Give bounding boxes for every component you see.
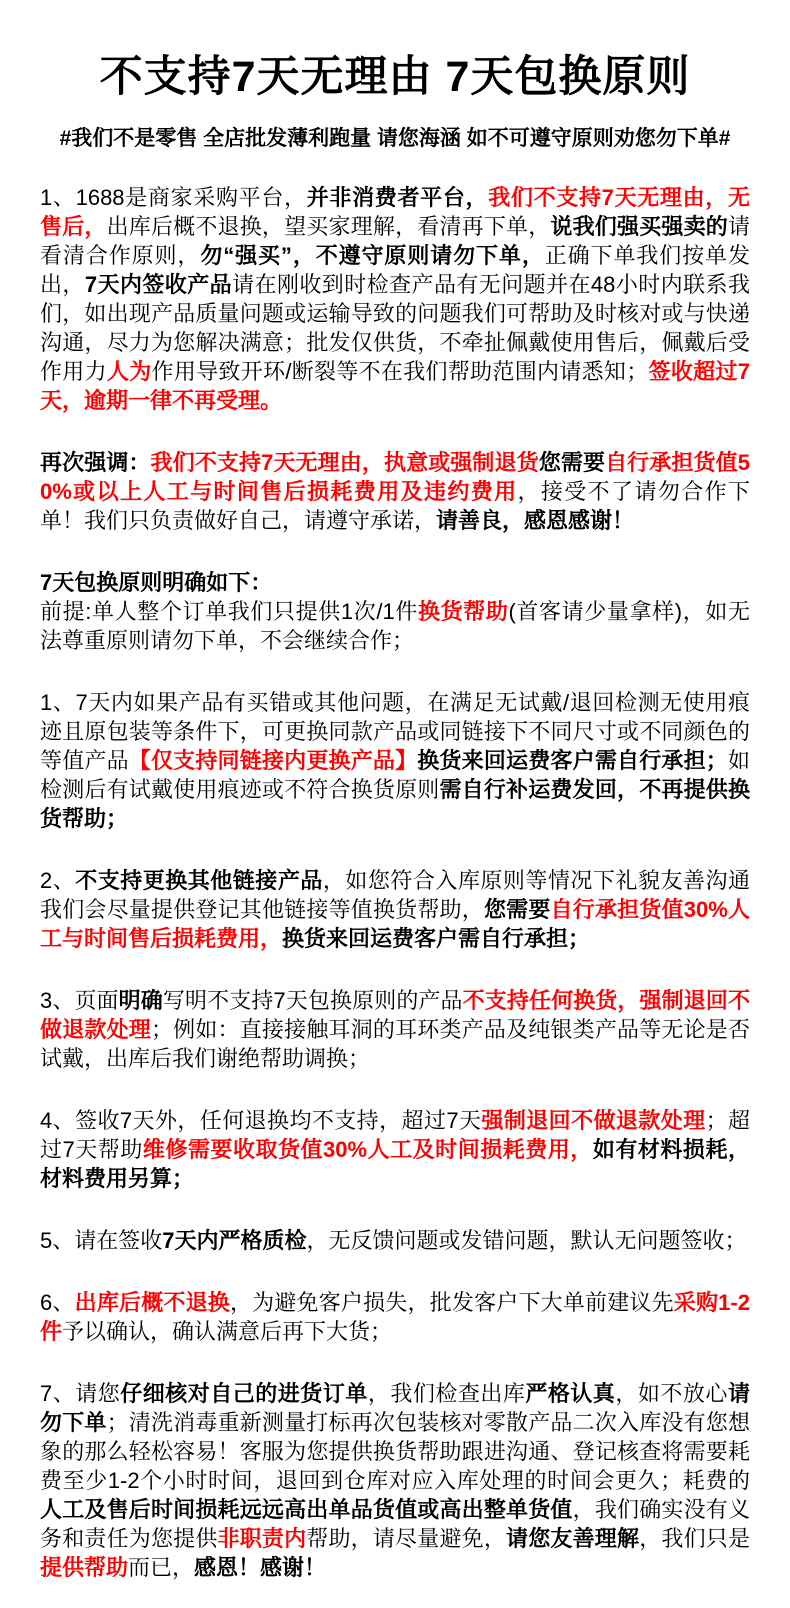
text-run: 帮助，请尽量避免， (306, 1526, 506, 1551)
text-run: 不支持更换其他链接产品 (75, 868, 323, 893)
text-run: 7天内签收产品 (85, 272, 232, 297)
paragraph-rule-3: 3、页面明确写明不支持7天包换原则的产品不支持任何换货，强制退回不做退款处理；例… (40, 986, 750, 1073)
text-run: 作用导致开环/断裂等不在我们帮助范围内请悉知； (152, 359, 649, 384)
text-run: 5、请在签收 (40, 1228, 162, 1253)
text-run: 人工及售后时间损耗远远高出单品货值或高出整单货值 (40, 1497, 573, 1522)
policy-body: 1、1688是商家采购平台，并非消费者平台，我们不支持7天无理由，无售后，出库后… (40, 183, 750, 1582)
text-run: 前提:单人整个订单我们只提供1次/1件 (40, 599, 418, 624)
paragraph-platform-policy: 1、1688是商家采购平台，并非消费者平台，我们不支持7天无理由，无售后，出库后… (40, 183, 750, 415)
text-run: 2、 (40, 868, 75, 893)
text-run: 写明不支持7天包换原则的产品 (163, 988, 463, 1013)
text-run: 出库后概不退换 (75, 1290, 230, 1315)
text-run: ，我们检查出库 (368, 1381, 526, 1406)
text-run: 请您友善理解 (506, 1526, 639, 1551)
text-run: 7天包换原则明确如下： (40, 570, 272, 595)
text-run: 感恩！感谢！ (194, 1555, 326, 1580)
text-run: 我们不支持7天无理由，执意或强制退货 (151, 450, 539, 475)
text-run: 7、请您 (40, 1381, 120, 1406)
text-run: 6、 (40, 1290, 75, 1315)
text-run: 非职责内 (218, 1526, 307, 1551)
text-run: 人为 (107, 359, 152, 384)
text-run: 换货帮助 (418, 599, 509, 624)
text-run: ，无反馈问题或发错问题，默认无问题签收； (307, 1228, 747, 1253)
text-run: 并非消费者平台， (307, 185, 488, 210)
text-run: 7天内严格质检 (162, 1228, 306, 1253)
policy-notice-page: 不支持7天无理由 7天包换原则 #我们不是零售 全店批发薄利跑量 请您海涵 如不… (0, 0, 790, 1608)
page-title: 不支持7天无理由 7天包换原则 (40, 52, 750, 102)
text-run: 勿“强买”，不遵守原则请勿下单， (200, 243, 544, 268)
text-run: ，如不放心 (615, 1381, 728, 1406)
text-run: 而已， (128, 1555, 194, 1580)
paragraph-rule-5: 5、请在签收7天内严格质检，无反馈问题或发错问题，默认无问题签收； (40, 1226, 750, 1255)
text-run: 严格认真 (525, 1381, 615, 1406)
text-run: 请善良，感恩感谢！ (436, 508, 634, 533)
text-run: 您需要 (539, 450, 605, 475)
text-run: 您需要 (484, 897, 551, 922)
text-run: 1、1688是商家采购平台， (40, 185, 307, 210)
text-run: 换货来回运费客户需自行承担； (282, 926, 590, 951)
paragraph-rule-7: 7、请您仔细核对自己的进货订单，我们检查出库严格认真，如不放心请勿下单；清洗消毒… (40, 1379, 750, 1582)
text-run: 予以确认，确认满意后再下大货； (62, 1319, 392, 1344)
text-run: 提供帮助 (40, 1555, 128, 1580)
paragraph-exchange-principle-header: 7天包换原则明确如下：前提:单人整个订单我们只提供1次/1件换货帮助(首客请少量… (40, 568, 750, 655)
text-run: 强制退回不做退款处理 (481, 1108, 705, 1133)
text-run: ；清洗消毒重新测量打标再次包装核对零散产品二次入库没有您想象的那么轻松容易！客服… (40, 1410, 750, 1493)
text-run: ，为避免客户损失，批发客户下大单前建议先 (230, 1290, 674, 1315)
text-run: 维修需要收取货值30%人工及时间损耗费用， (143, 1137, 593, 1162)
paragraph-re-emphasis: 再次强调：我们不支持7天无理由，执意或强制退货您需要自行承担货值50%或以上人工… (40, 448, 750, 535)
text-run: 说我们强买强卖的 (550, 214, 728, 239)
text-run: 3、页面 (40, 988, 119, 1013)
text-run: 【仅支持同链接内更换产品】 (129, 748, 418, 773)
text-run: 换货来回运费客户需自行承担； (417, 748, 728, 773)
text-run: ，我们只是 (639, 1526, 750, 1551)
text-run: 再次强调： (40, 450, 151, 475)
paragraph-rule-1: 1、7天内如果产品有买错或其他问题，在满足无试戴/退回检测无使用痕迹且原包装等条… (40, 688, 750, 833)
paragraph-rule-2: 2、不支持更换其他链接产品，如您符合入库原则等情况下礼貌友善沟通我们会尽量提供登… (40, 866, 750, 953)
paragraph-rule-6: 6、出库后概不退换，为避免客户损失，批发客户下大单前建议先采购1-2件予以确认，… (40, 1288, 750, 1346)
text-run: 明确 (119, 988, 163, 1013)
text-run: 仔细核对自己的进货订单 (120, 1381, 368, 1406)
page-subtitle: #我们不是零售 全店批发薄利跑量 请您海涵 如不可遵守原则劝您勿下单# (40, 126, 750, 151)
text-run: 4、签收7天外，任何退换均不支持，超过7天 (40, 1108, 481, 1133)
text-run: 出库后概不退换，望买家理解，看清再下单， (107, 214, 551, 239)
paragraph-rule-4: 4、签收7天外，任何退换均不支持，超过7天强制退回不做退款处理；超过7天帮助维修… (40, 1106, 750, 1193)
